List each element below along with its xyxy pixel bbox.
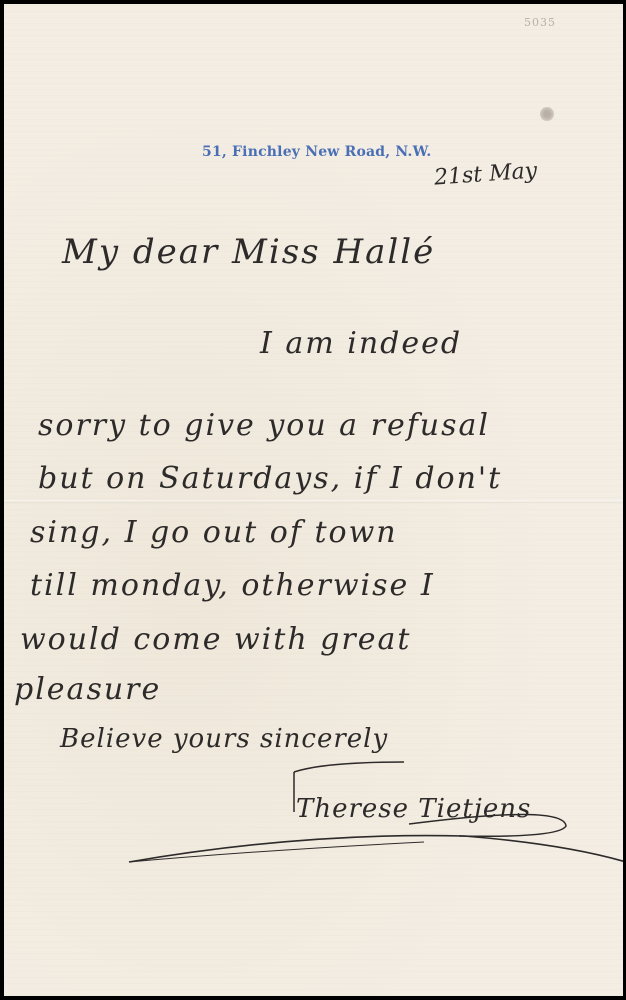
letter-page: 5035 51, Finchley New Road, N.W. 21st Ma… (4, 4, 623, 996)
signature-flourish-icon (4, 4, 623, 996)
